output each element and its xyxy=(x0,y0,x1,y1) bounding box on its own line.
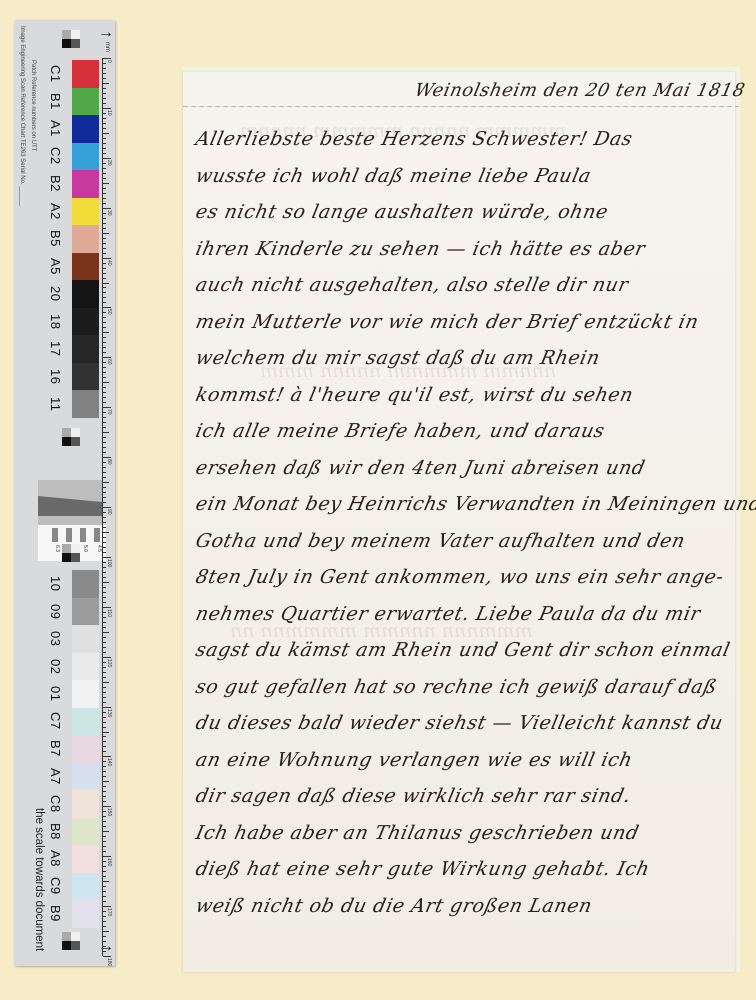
color-patch-a5 xyxy=(72,253,99,281)
ruler-tick xyxy=(103,173,106,174)
patch-label: 16 xyxy=(48,363,63,391)
ruler-tick xyxy=(103,407,111,408)
ruler-label: 90 xyxy=(106,509,112,515)
ruler-tick xyxy=(103,93,106,94)
letter-line: mein Mutterle vor wie mich der Brief ent… xyxy=(194,311,701,333)
ruler-tick xyxy=(103,292,106,293)
color-patch-18 xyxy=(72,308,99,336)
ruler-tick xyxy=(103,592,106,593)
ruler-tick xyxy=(103,178,106,179)
ruler-tick xyxy=(103,542,106,543)
light-patches xyxy=(72,570,99,928)
color-patch-c8 xyxy=(72,790,99,818)
letter-line: es nicht so lange aushalten würde, ohne xyxy=(194,201,611,223)
ruler-tick xyxy=(103,98,106,99)
ruler-tick xyxy=(103,238,106,239)
ruler-tick xyxy=(103,447,106,448)
ruler-tick xyxy=(103,682,109,683)
patch-label: A2 xyxy=(48,198,63,226)
ruler-tick xyxy=(103,422,106,423)
ruler-tick xyxy=(103,886,106,887)
patch-label: C1 xyxy=(48,60,63,88)
color-patch-16 xyxy=(72,363,99,391)
color-patch-a7 xyxy=(72,763,99,791)
ruler-tick xyxy=(103,582,109,583)
ruler-tick xyxy=(103,732,109,733)
color-patch-b5 xyxy=(72,225,99,253)
mm-ruler: 0102030405060708090100110120130140150160… xyxy=(102,58,115,956)
ruler-tick xyxy=(103,58,111,59)
ruler-tick xyxy=(103,831,109,832)
fold-line xyxy=(183,106,739,107)
gray-reference-square-bottom xyxy=(62,932,80,950)
ruler-tick xyxy=(103,876,106,877)
ruler-tick xyxy=(103,128,106,129)
ruler-tick xyxy=(103,332,109,333)
ruler-tick xyxy=(103,727,106,728)
patch-label: 09 xyxy=(48,598,63,626)
ruler-tick xyxy=(103,906,111,907)
ruler-tick xyxy=(103,771,106,772)
color-patch-labels: C1B1A1C2B2A2B5A5 xyxy=(48,60,70,280)
arrow-right-icon: → xyxy=(98,28,114,38)
ruler-tick xyxy=(103,387,106,388)
ruler-tick xyxy=(103,826,106,827)
ruler-tick xyxy=(103,692,106,693)
letter-line: welchem du mir sagst daß du am Rhein xyxy=(194,347,603,369)
color-patch-17 xyxy=(72,335,99,363)
ruler-tick xyxy=(103,587,106,588)
ruler-tick xyxy=(103,123,106,124)
patch-label: C8 xyxy=(48,790,63,818)
ruler-tick xyxy=(103,427,106,428)
scan-reference-chart: Image Engineering Scan Reference Chart T… xyxy=(14,20,115,966)
ruler-tick xyxy=(103,278,106,279)
letter-line: kommst! à l'heure qu'il est, wirst du se… xyxy=(194,384,636,406)
ruler-tick xyxy=(103,736,106,737)
ruler-tick xyxy=(103,951,106,952)
patch-label: 10 xyxy=(48,570,63,598)
ruler-tick xyxy=(103,158,111,159)
ruler-tick xyxy=(103,856,111,857)
letter-line: dir sagen daß diese wirklich sehr rar si… xyxy=(194,785,634,807)
letter-line: sagst du kämst am Rhein und Gent dir sch… xyxy=(194,639,733,661)
patch-label: B7 xyxy=(48,735,63,763)
ruler-tick xyxy=(103,931,109,932)
ruler-tick xyxy=(103,921,106,922)
ruler-label: 0 xyxy=(106,60,112,63)
ruler-tick xyxy=(103,652,106,653)
color-patch-a2 xyxy=(72,198,99,226)
ruler-label: 20 xyxy=(106,160,112,166)
ruler-tick xyxy=(103,502,106,503)
ruler-tick xyxy=(103,73,106,74)
color-patch-a8 xyxy=(72,845,99,873)
ruler-tick xyxy=(103,642,106,643)
color-patch-b1 xyxy=(72,88,99,116)
ruler-tick xyxy=(103,68,106,69)
ruler-tick xyxy=(103,228,106,229)
ruler-tick xyxy=(103,871,106,872)
letter-line: ich alle meine Briefe haben, und daraus xyxy=(194,420,607,442)
dark-patch-labels: 2018171611 xyxy=(48,280,70,418)
ruler-tick xyxy=(103,457,111,458)
letter-line: weiß nicht ob du die Art großen Lanen xyxy=(194,895,595,917)
ruler-tick xyxy=(103,273,106,274)
ruler-tick xyxy=(103,746,106,747)
ruler-tick xyxy=(103,657,111,658)
patch-label: C7 xyxy=(48,708,63,736)
ruler-tick xyxy=(103,896,106,897)
letter-dateline: Weinolsheim den 20 ten Mai 1818 xyxy=(413,80,747,101)
ruler-unit-mm: mm xyxy=(104,42,110,52)
ruler-tick xyxy=(103,352,106,353)
ruler-label: 10 xyxy=(106,110,112,116)
ruler-tick xyxy=(103,357,111,358)
ruler-tick xyxy=(103,672,106,673)
ruler-tick xyxy=(103,88,106,89)
ruler-label: 110 xyxy=(106,609,112,617)
letter-line: 8ten July in Gent ankommen, wo uns ein s… xyxy=(194,566,726,588)
ruler-tick xyxy=(103,941,106,942)
color-patch-c9 xyxy=(72,873,99,901)
ruler-tick xyxy=(103,776,106,777)
ruler-tick xyxy=(103,722,106,723)
ruler-tick xyxy=(103,741,106,742)
ruler-tick xyxy=(103,637,106,638)
ruler-tick xyxy=(103,337,106,338)
color-patch-b2 xyxy=(72,170,99,198)
ruler-label: 120 xyxy=(106,659,112,667)
patch-label: B8 xyxy=(48,818,63,846)
ruler-tick xyxy=(103,253,106,254)
ruler-tick xyxy=(103,143,106,144)
ruler-tick xyxy=(103,781,109,782)
letter-line: ihren Kinderle zu sehen — ich hätte es a… xyxy=(194,238,648,260)
ruler-tick xyxy=(103,297,106,298)
ruler-tick xyxy=(103,208,111,209)
ruler-label: 140 xyxy=(106,758,112,766)
color-patch-20 xyxy=(72,280,99,308)
ruler-tick xyxy=(103,707,111,708)
ruler-tick xyxy=(103,268,106,269)
ruler-tick xyxy=(103,168,106,169)
ruler-tick xyxy=(103,532,109,533)
ruler-tick xyxy=(103,607,111,608)
color-patch-c1 xyxy=(72,60,99,88)
ruler-tick xyxy=(103,342,106,343)
patch-label: 17 xyxy=(48,335,63,363)
ruler-tick xyxy=(103,367,106,368)
letter-line: so gut gefallen hat so rechne ich gewiß … xyxy=(194,676,719,698)
ruler-tick xyxy=(103,83,109,84)
ruler-tick xyxy=(103,841,106,842)
color-patch-b9 xyxy=(72,900,99,928)
ruler-tick xyxy=(103,233,109,234)
ruler-label: 130 xyxy=(106,709,112,717)
patch-label: C9 xyxy=(48,873,63,901)
ruler-tick xyxy=(103,801,106,802)
ruler-tick xyxy=(103,188,106,189)
ruler-tick xyxy=(103,382,109,383)
ruler-tick xyxy=(103,926,106,927)
patch-label: A1 xyxy=(48,115,63,143)
ruler-tick xyxy=(103,791,106,792)
ruler-tick xyxy=(103,881,109,882)
ruler-tick xyxy=(103,317,106,318)
ruler-tick xyxy=(103,402,106,403)
ruler-tick xyxy=(103,677,106,678)
letter-line: Ich habe aber an Thilanus geschrieben un… xyxy=(194,822,642,844)
color-patch-b7 xyxy=(72,735,99,763)
patch-label: 03 xyxy=(48,625,63,653)
ruler-tick xyxy=(103,302,106,303)
gray-reference-square-mid1 xyxy=(62,428,80,446)
ruler-tick xyxy=(103,243,106,244)
ruler-label: 30 xyxy=(106,210,112,216)
patch-label: C2 xyxy=(48,143,63,171)
ruler-label: 50 xyxy=(106,309,112,315)
ruler-tick xyxy=(103,522,106,523)
ruler-tick xyxy=(103,452,106,453)
ruler-label: 170 xyxy=(106,908,112,916)
ruler-tick xyxy=(103,487,106,488)
ruler-tick xyxy=(103,836,106,837)
ruler-tick xyxy=(103,248,106,249)
ruler-tick xyxy=(103,552,106,553)
letter-line: ersehen daß wir den 4ten Juni abreisen u… xyxy=(194,457,648,479)
patch-label: A8 xyxy=(48,845,63,873)
ruler-tick xyxy=(103,258,111,259)
ruler-tick xyxy=(103,891,106,892)
letter-line: auch nicht ausgehalten, also stelle dir … xyxy=(194,274,631,296)
patch-label: A7 xyxy=(48,763,63,791)
scale-direction-note: the scale towards document xyxy=(32,808,46,968)
ruler-tick xyxy=(103,577,106,578)
ruler-tick xyxy=(103,632,109,633)
ruler-tick xyxy=(103,821,106,822)
ruler-tick xyxy=(103,851,106,852)
color-patch-03 xyxy=(72,625,99,653)
ruler-tick xyxy=(103,497,106,498)
color-patch-02 xyxy=(72,653,99,681)
ruler-tick xyxy=(103,193,106,194)
ruler-tick xyxy=(103,687,106,688)
patch-label: 11 xyxy=(48,390,63,418)
patch-label: B2 xyxy=(48,170,63,198)
ruler-tick xyxy=(103,327,106,328)
letter-line: ein Monat bey Heinrichs Verwandten in Me… xyxy=(194,493,756,515)
letter-line: wusste ich wohl daß meine liebe Paula xyxy=(194,165,594,187)
ruler-tick xyxy=(103,492,106,493)
ruler-tick xyxy=(103,597,106,598)
ruler-tick xyxy=(103,482,109,483)
ruler-tick xyxy=(103,183,109,184)
ruler-tick xyxy=(103,697,106,698)
ruler-tick xyxy=(103,223,106,224)
ruler-tick xyxy=(103,432,109,433)
color-patch-c2 xyxy=(72,143,99,171)
ruler-tick xyxy=(103,138,106,139)
ruler-tick xyxy=(103,392,106,393)
ruler-tick xyxy=(103,322,106,323)
ruler-label: 180 xyxy=(106,958,112,966)
ruler-tick xyxy=(103,901,106,902)
patch-reference-note: Patch Reference numbers on UTT xyxy=(27,60,39,180)
ruler-tick xyxy=(103,148,106,149)
patch-label: B5 xyxy=(48,225,63,253)
ruler-tick xyxy=(103,537,106,538)
ruler-tick xyxy=(103,936,106,937)
gray-reference-square-mid2 xyxy=(62,544,80,562)
ruler-tick xyxy=(103,572,106,573)
ruler-tick xyxy=(103,108,111,109)
ruler-tick xyxy=(103,846,106,847)
patch-label: 01 xyxy=(48,680,63,708)
ruler-tick xyxy=(103,472,106,473)
gray-reference-square-top xyxy=(62,30,80,48)
ruler-tick xyxy=(103,956,111,957)
color-patch-11 xyxy=(72,390,99,418)
ruler-tick xyxy=(103,527,106,528)
ruler-tick xyxy=(103,218,106,219)
ruler-tick xyxy=(103,627,106,628)
ruler-tick xyxy=(103,557,111,558)
ruler-label: 70 xyxy=(106,409,112,415)
ruler-label: 160 xyxy=(106,858,112,866)
ruler-tick xyxy=(103,103,106,104)
color-patches xyxy=(72,60,99,280)
letter-line: nehmes Quartier erwartet. Liebe Paula da… xyxy=(194,603,703,625)
letter-line: du dieses bald wieder siehst — Vielleich… xyxy=(194,712,726,734)
ruler-tick xyxy=(103,796,106,797)
color-patch-a1 xyxy=(72,115,99,143)
ruler-tick xyxy=(103,622,106,623)
letter-line: dieß hat eine sehr gute Wirkung gehabt. … xyxy=(194,858,652,880)
ruler-tick xyxy=(103,377,106,378)
letter-line: Allerliebste beste Herzens Schwester! Da… xyxy=(194,128,635,150)
ruler-tick xyxy=(103,507,111,508)
patch-label: B1 xyxy=(48,88,63,116)
color-patch-b8 xyxy=(72,818,99,846)
color-patch-01 xyxy=(72,680,99,708)
ruler-tick xyxy=(103,198,106,199)
ruler-tick xyxy=(103,547,106,548)
ruler-tick xyxy=(103,437,106,438)
dark-patches xyxy=(72,280,99,418)
light-patch-labels: 1009030201C7B7A7C8B8A8C9B9 xyxy=(48,570,70,928)
ruler-tick xyxy=(103,467,106,468)
ruler-label: 150 xyxy=(106,808,112,816)
ruler-label: 80 xyxy=(106,459,112,465)
ruler-tick xyxy=(103,347,106,348)
letter-line: Gotha und bey meinem Vater aufhalten und… xyxy=(194,530,688,552)
ruler-tick xyxy=(103,756,111,757)
letter-line: an eine Wohnung verlangen wie es will ic… xyxy=(194,749,635,771)
ruler-tick xyxy=(103,78,106,79)
ruler-label: 40 xyxy=(106,260,112,266)
ruler-tick xyxy=(103,477,106,478)
patch-label: 18 xyxy=(48,308,63,336)
ruler-tick xyxy=(103,602,106,603)
patch-label: 02 xyxy=(48,653,63,681)
patch-label: 20 xyxy=(48,280,63,308)
ruler-tick xyxy=(103,372,106,373)
ruler-tick xyxy=(103,442,106,443)
ruler-tick xyxy=(103,417,106,418)
ruler-label: 60 xyxy=(106,359,112,365)
ruler-tick xyxy=(103,153,106,154)
ruler-tick xyxy=(103,307,111,308)
ruler-label: 100 xyxy=(106,559,112,567)
ruler-tick xyxy=(103,647,106,648)
ruler-tick xyxy=(103,751,106,752)
ruler-tick xyxy=(103,806,111,807)
ruler-tick xyxy=(103,203,106,204)
color-patch-09 xyxy=(72,598,99,626)
color-patch-10 xyxy=(72,570,99,598)
ruler-tick xyxy=(103,946,106,947)
ruler-tick xyxy=(103,517,106,518)
ruler-tick xyxy=(103,133,109,134)
ruler-tick xyxy=(103,287,106,288)
patch-label: A5 xyxy=(48,253,63,281)
ruler-tick xyxy=(103,786,106,787)
ruler-tick xyxy=(103,283,109,284)
ruler-tick xyxy=(103,118,106,119)
color-patch-c7 xyxy=(72,708,99,736)
ruler-tick xyxy=(103,702,106,703)
ruler-tick xyxy=(103,397,106,398)
patch-label: B9 xyxy=(48,900,63,928)
ruler-tick xyxy=(103,63,106,64)
